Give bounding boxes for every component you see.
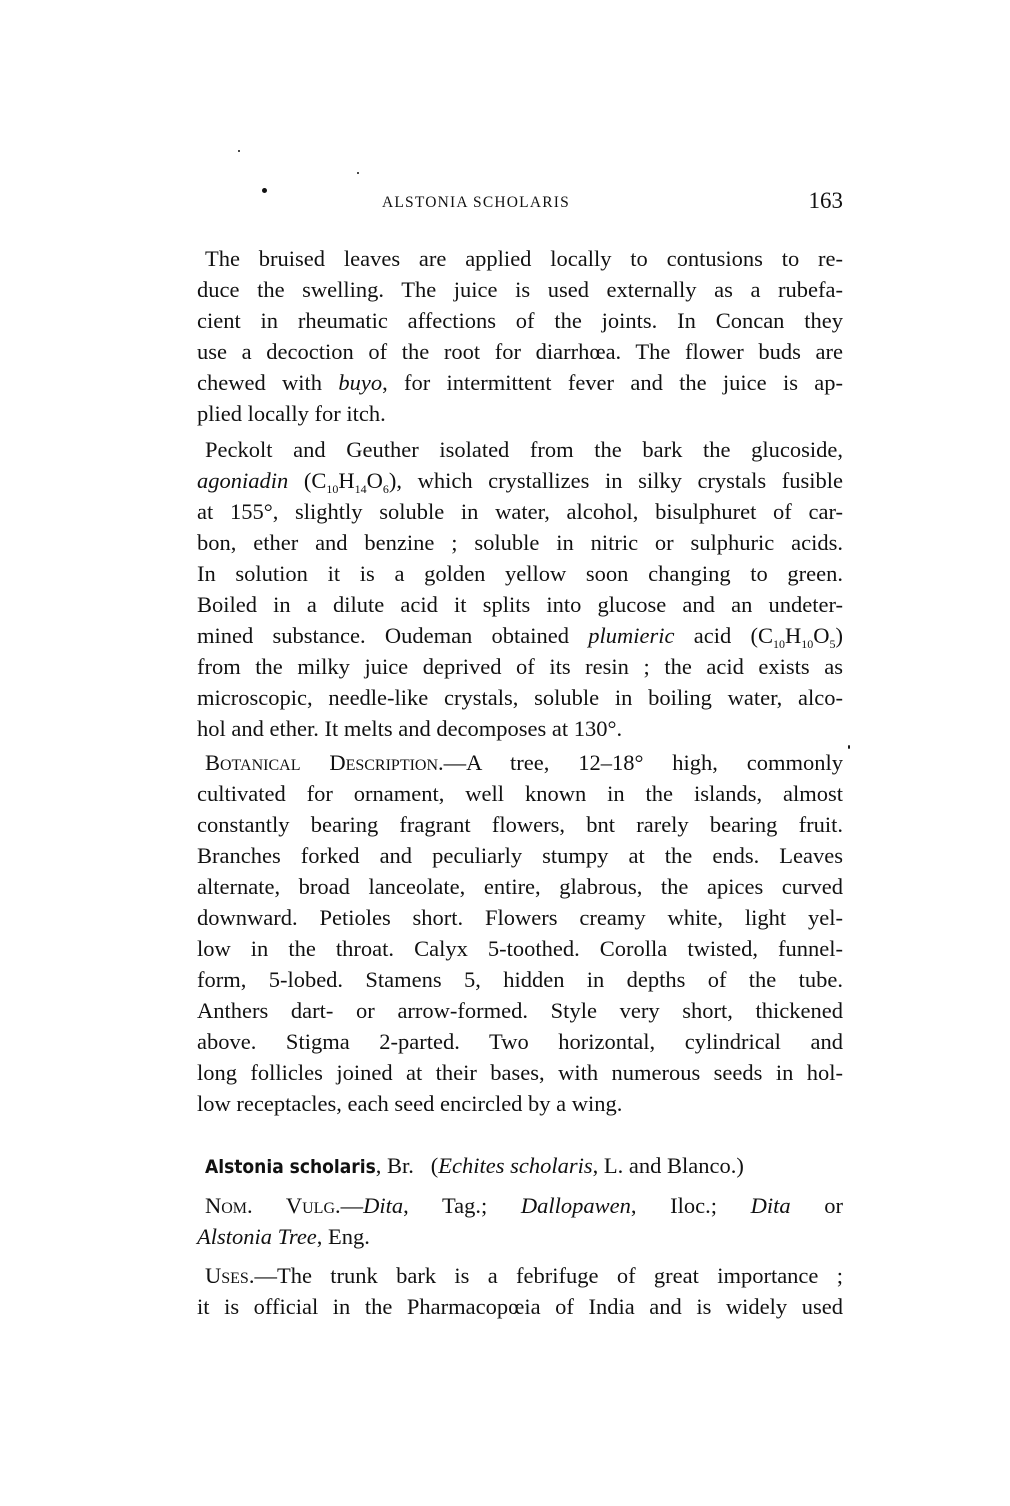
text-line: Uses.—The trunk bark is a febrifuge of g… <box>205 1260 843 1291</box>
text-line: mined substance. Oudeman obtained plumie… <box>197 620 843 651</box>
running-title: ALSTONIA SCHOLARIS <box>382 194 570 212</box>
text-line: microscopic, needle-like crystals, solub… <box>197 682 843 713</box>
text-line: at 155°, slightly soluble in water, alco… <box>197 496 843 527</box>
text-line: duce the swelling. The juice is used ext… <box>197 274 843 305</box>
scan-speck <box>238 150 240 152</box>
section-heading: Nom. Vulg. <box>205 1193 341 1218</box>
text-line: Alstonia Tree, Eng. <box>197 1221 843 1252</box>
section-heading: Uses. <box>205 1263 254 1288</box>
text-line: downward. Petioles short. Flowers creamy… <box>197 902 843 933</box>
scan-speck <box>848 745 850 749</box>
text-line: Botanical Description.—A tree, 12–18° hi… <box>205 747 843 778</box>
text-line: cient in rheumatic affections of the joi… <box>197 305 843 336</box>
text-line: long follicles joined at their bases, wi… <box>197 1057 843 1088</box>
text-line: use a decoction of the root for diarrhœa… <box>197 336 843 367</box>
section-heading: Botanical Description. <box>205 750 444 775</box>
text-line: from the milky juice deprived of its res… <box>197 651 843 682</box>
italic-term: buyo <box>338 370 382 395</box>
species-heading: Alstonia scholaris, Br. (Echites scholar… <box>205 1150 843 1181</box>
text-line: In solution it is a golden yellow soon c… <box>197 558 843 589</box>
text-line: alternate, broad lanceolate, entire, gla… <box>197 871 843 902</box>
text-line: Anthers dart- or arrow-formed. Style ver… <box>197 995 843 1026</box>
synonym: Echites scholaris <box>438 1153 592 1178</box>
text-line: hol and ether. It melts and decomposes a… <box>197 713 843 744</box>
text-line: cultivated for ornament, well known in t… <box>197 778 843 809</box>
text-line: chewed with buyo, for intermittent fever… <box>197 367 843 398</box>
species-name: Alstonia scholaris <box>205 1156 376 1178</box>
page-header: ALSTONIA SCHOLARIS 163 <box>197 190 843 220</box>
chemical-formula: (C10H10O5) <box>751 623 844 648</box>
text-line: constantly bearing fragrant flowers, bnt… <box>197 809 843 840</box>
text-line: agoniadin (C10H14O6), which crystallizes… <box>197 465 843 496</box>
text-line: low in the throat. Calyx 5-toothed. Coro… <box>197 933 843 964</box>
text-line: above. Stigma 2-parted. Two horizontal, … <box>197 1026 843 1057</box>
text-line: low receptacles, each seed encircled by … <box>197 1088 843 1119</box>
text-line: Peckolt and Geuther isolated from the ba… <box>205 434 843 465</box>
text-line: Boiled in a dilute acid it splits into g… <box>197 589 843 620</box>
text-line: form, 5-lobed. Stamens 5, hidden in dept… <box>197 964 843 995</box>
chemical-formula: (C10H14O6) <box>304 468 397 493</box>
text-line: plied locally for itch. <box>197 398 843 429</box>
page-number: 163 <box>809 188 844 214</box>
scan-speck <box>357 172 359 174</box>
text-line: Branches forked and peculiarly stumpy at… <box>197 840 843 871</box>
text-line: bon, ether and benzine ; soluble in nitr… <box>197 527 843 558</box>
text-line: it is official in the Pharmacopœia of In… <box>197 1291 843 1322</box>
text-line: Nom. Vulg.—Dita, Tag.; Dallopawen, Iloc.… <box>205 1190 843 1221</box>
text-line: The bruised leaves are applied locally t… <box>205 243 843 274</box>
